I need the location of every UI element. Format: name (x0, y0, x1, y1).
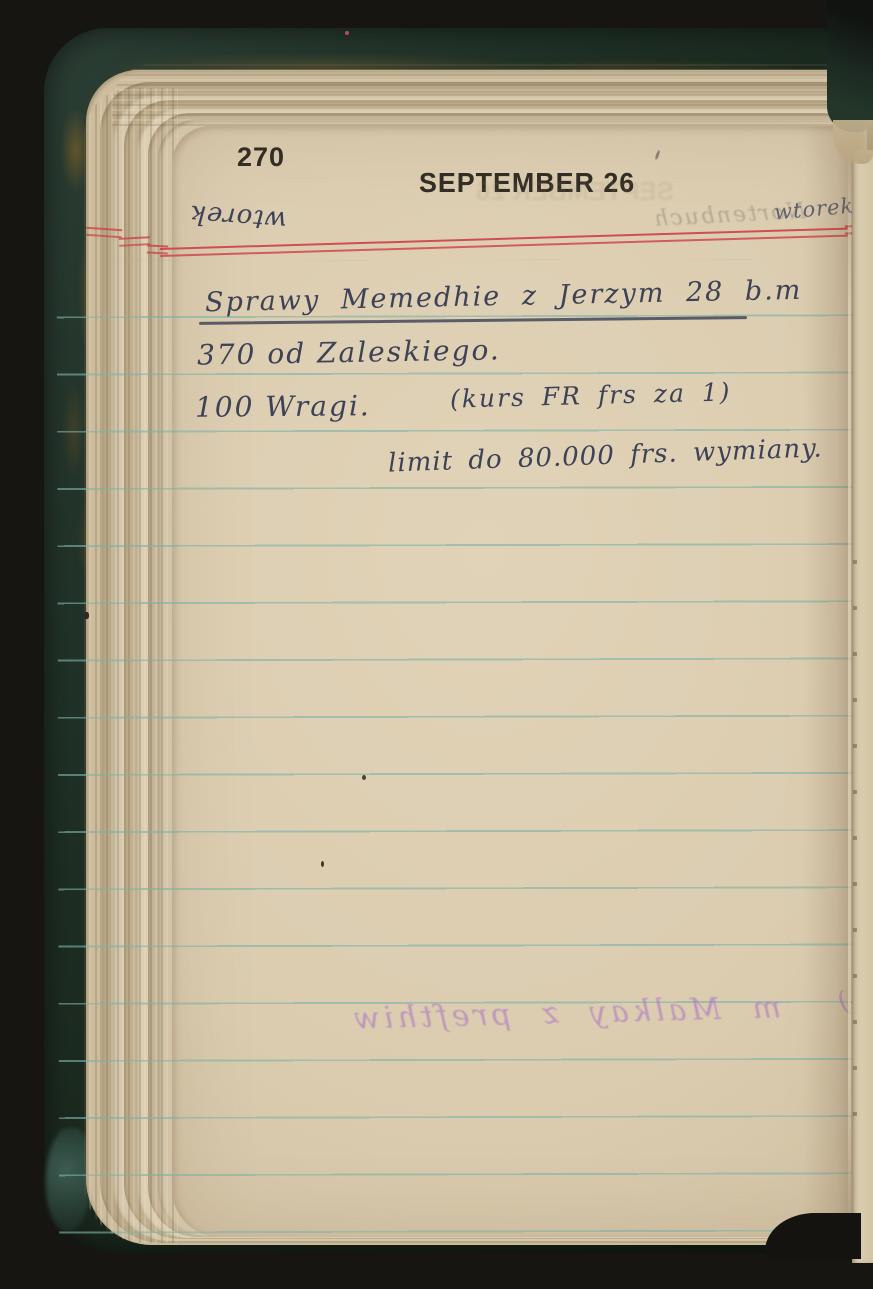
gutter-crease-highlight (848, 140, 851, 1241)
red-head-rule-fragment (147, 244, 168, 254)
red-head-rule-fragment (119, 236, 150, 247)
diary-photo: 270 SEPTEMBER 26 SEPTEMBER 26 Nortenbuch… (0, 0, 873, 1289)
handwritten-entry-line-2: 370 od Zaleskiego. (197, 333, 501, 371)
ink-speck (345, 31, 349, 35)
handwritten-entry-line-3: 100 Wragi. (195, 389, 371, 424)
header-bleedthrough-text: SEPTEMBER 26 (404, 176, 674, 207)
ink-speck (362, 775, 366, 780)
ink-speck (321, 861, 324, 867)
cover-speck (84, 612, 89, 619)
page-number: 270 (237, 142, 285, 173)
facing-page-specks (853, 560, 857, 1120)
page-edge-stripes-top (112, 64, 847, 126)
cover-top-right (827, 0, 873, 132)
